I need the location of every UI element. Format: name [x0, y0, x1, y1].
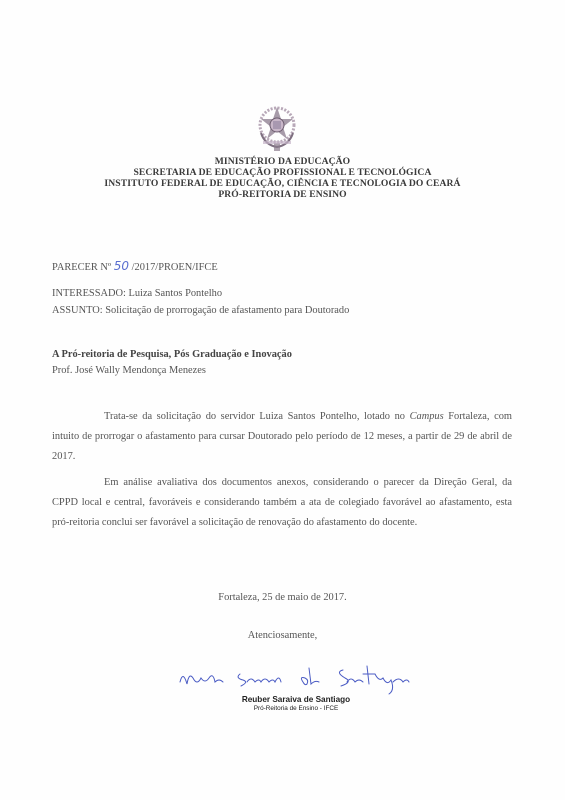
- assunto-line: ASSUNTO: Solicitação de prorrogação de a…: [52, 305, 349, 316]
- header-pro-rectory: PRÓ-REITORIA DE ENSINO: [0, 190, 565, 201]
- interessado-label: INTERESSADO:: [52, 288, 126, 299]
- interessado-line: INTERESSADO: Luiza Santos Pontelho: [52, 288, 222, 299]
- signer-block: Reuber Saraiva de Santiago Pró-Reitoria …: [226, 695, 366, 712]
- brazil-coat-of-arms-icon: [255, 103, 299, 153]
- header-ministry: MINISTÉRIO DA EDUCAÇÃO: [0, 157, 565, 168]
- body-paragraph-1: Trata-se da solicitação do servidor Luiz…: [52, 407, 512, 467]
- document-page: MINISTÉRIO DA EDUCAÇÃO SECRETARIA DE EDU…: [0, 0, 565, 800]
- signer-role: Pró-Reitoria de Ensino - IFCE: [226, 705, 366, 712]
- p1-italic-campus: Campus: [410, 411, 444, 422]
- body-paragraph-2: Em análise avaliativa dos documentos ane…: [52, 473, 512, 533]
- header-institute: INSTITUTO FEDERAL DE EDUCAÇÃO, CIÊNCIA E…: [0, 179, 565, 190]
- assunto-label: ASSUNTO:: [52, 305, 103, 316]
- handwritten-signature: [175, 660, 425, 700]
- parecer-prefix: PARECER Nº: [52, 262, 111, 273]
- addressee-name: Prof. José Wally Mendonça Menezes: [52, 365, 206, 376]
- signer-name: Reuber Saraiva de Santiago: [226, 695, 366, 704]
- p1-text-before: Trata-se da solicitação do servidor Luiz…: [104, 411, 410, 422]
- assunto-value: Solicitação de prorrogação de afastament…: [105, 305, 349, 316]
- interessado-value: Luiza Santos Pontelho: [129, 288, 223, 299]
- parecer-suffix: /2017/PROEN/IFCE: [132, 262, 218, 273]
- parecer-number-line: PARECER Nº 50 /2017/PROEN/IFCE: [52, 259, 218, 273]
- parecer-handwritten-number: 50: [114, 259, 129, 273]
- date-line: Fortaleza, 25 de maio de 2017.: [0, 592, 565, 603]
- addressee-title: A Pró-reitoria de Pesquisa, Pós Graduaçã…: [52, 349, 292, 360]
- closing-salutation: Atenciosamente,: [0, 630, 565, 641]
- header-secretariat: SECRETARIA DE EDUCAÇÃO PROFISSIONAL E TE…: [0, 168, 565, 179]
